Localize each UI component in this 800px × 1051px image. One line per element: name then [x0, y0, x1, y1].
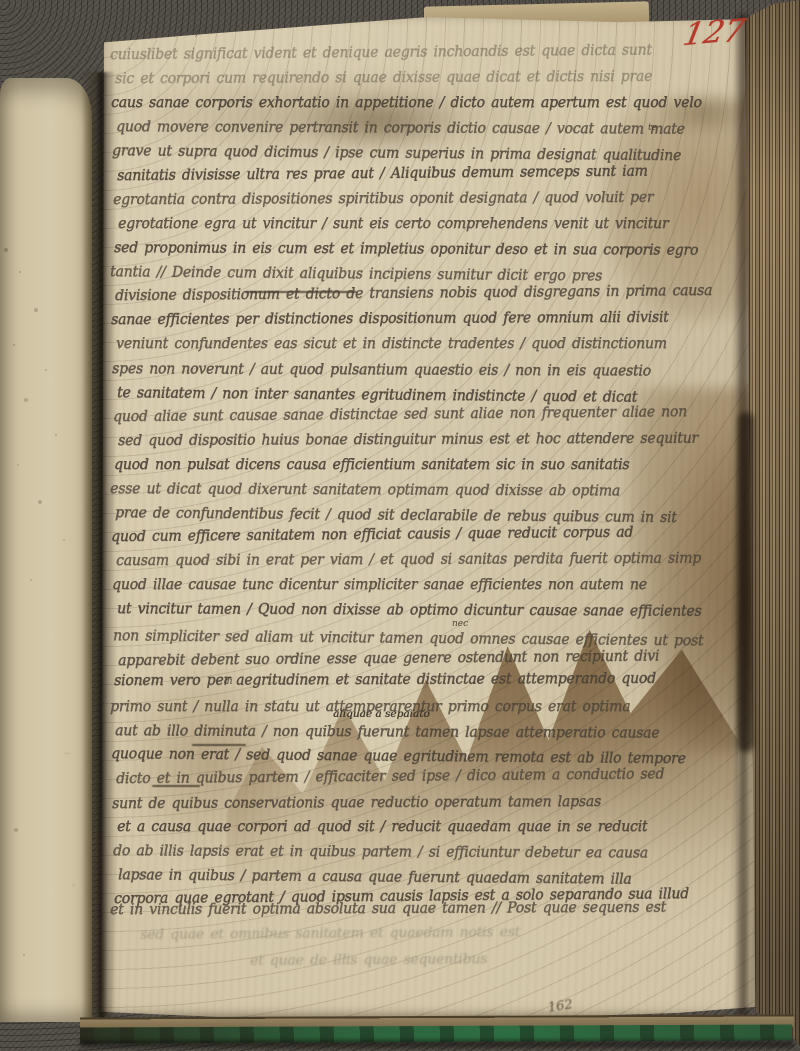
manuscript-line: caus sanae corporis exhortatio in appeti…	[111, 96, 702, 111]
manuscript-line: lapsae in quibus / partem a causa quae f…	[118, 868, 632, 887]
bottom-edge-mark: 162	[547, 998, 574, 1015]
superscript-note: di	[224, 678, 233, 687]
manuscript-line: do ab illis lapsis erat et in quibus par…	[113, 844, 648, 861]
manuscript-line: te sanitatem / non inter sanantes egritu…	[117, 386, 637, 405]
manuscript-line: quod illae causae tunc dicentur simplici…	[112, 578, 647, 593]
margin-mark: .:	[84, 842, 91, 852]
manuscript-line: cuiuslibet significat vident et denique …	[110, 43, 652, 63]
manuscript-line: sed proponimus in eis cum est et impleti…	[114, 241, 698, 258]
manuscript-line: dicto et in quibus partem / efficaciter …	[116, 767, 664, 787]
manuscript-line: sed quod dispositio huius bonae distingu…	[118, 431, 698, 448]
manuscript-line: prae de confundentibus fecit / quod sit …	[115, 506, 677, 526]
manuscript-line: causam quod sibi in erat per viam / et q…	[116, 551, 701, 568]
manuscript-line: non simpliciter sed aliam ut vincitur ta…	[113, 629, 703, 649]
manuscript-line: quod aliae sunt causae sanae distinctae …	[113, 405, 687, 425]
manuscript-line: sionem vero per aegritudinem et sanitate…	[114, 671, 656, 688]
manuscript-line: egrotantia contra dispositiones spiritib…	[113, 190, 653, 207]
handwriting-layer: 127 7 162 aliquae a sepaiato — · ····· +…	[0, 0, 800, 1051]
manuscript-line: quoque non erat / sed quod sanae quae eg…	[111, 747, 686, 767]
manuscript-line: primo sunt / nulla in statu ut attempera…	[110, 700, 630, 715]
margin-mark: ·	[72, 882, 75, 892]
manuscript-line: sanae efficientes per distinctiones disp…	[111, 310, 669, 327]
manuscript-line: grave ut supra quod dicimus / ipse cum s…	[112, 144, 681, 164]
manuscript-line: egrotatione egra ut vincitur / sunt eis …	[118, 217, 668, 232]
corner-mark: 7	[194, 30, 200, 40]
manuscript-line: et a causa quae corpori ad quod sit / re…	[117, 820, 647, 835]
superscript-note: te	[648, 124, 657, 133]
manuscript-line: sanitatis divisisse ultra res prae aut /…	[117, 164, 648, 183]
manuscript-line: quod non pulsat dicens causa efficientiu…	[114, 458, 629, 473]
manuscript-line: tantia // Deinde cum dixit aliquibus inc…	[110, 265, 602, 284]
manuscript-line: aut ab illo diminuta / non quibus fuerun…	[115, 724, 659, 741]
offset-ghost-line: et quae de illis quae sequentibus	[250, 952, 487, 968]
folio-number: 127	[680, 15, 747, 51]
manuscript-line: veniunt confundentes eas sicut et in dis…	[116, 337, 667, 352]
manuscript-line: ut vincitur tamen / Quod non dixisse ab …	[117, 602, 701, 619]
margin-mark: ··	[64, 750, 70, 760]
manuscript-line: sunt de quibus conservationis quae reduc…	[112, 794, 601, 811]
manuscript-photo: 127 7 162 aliquae a sepaiato — · ····· +…	[0, 0, 800, 1051]
manuscript-line: sic et corpori cum requirendo si quae di…	[115, 69, 652, 86]
manuscript-line: spes non noverunt / aut quod pulsantium …	[112, 362, 651, 379]
manuscript-line: quod movere convenire pertransit in corp…	[116, 120, 685, 137]
superscript-note: nec	[452, 620, 468, 629]
manuscript-line: quod cum efficere sanitatem non efficiat…	[111, 525, 633, 544]
manuscript-line: et in vinculis fuerit optima absoluta su…	[110, 900, 666, 917]
manuscript-line: apparebit debent suo ordine esse quae ge…	[118, 649, 659, 669]
manuscript-line: esse ut dicat quod dixerunt sanitatem op…	[110, 482, 620, 499]
offset-ghost-line: sed quae et omnibus sanitatem et quaedam…	[140, 925, 520, 942]
manuscript-line: divisione dispositionum et dicto de tran…	[115, 283, 712, 303]
